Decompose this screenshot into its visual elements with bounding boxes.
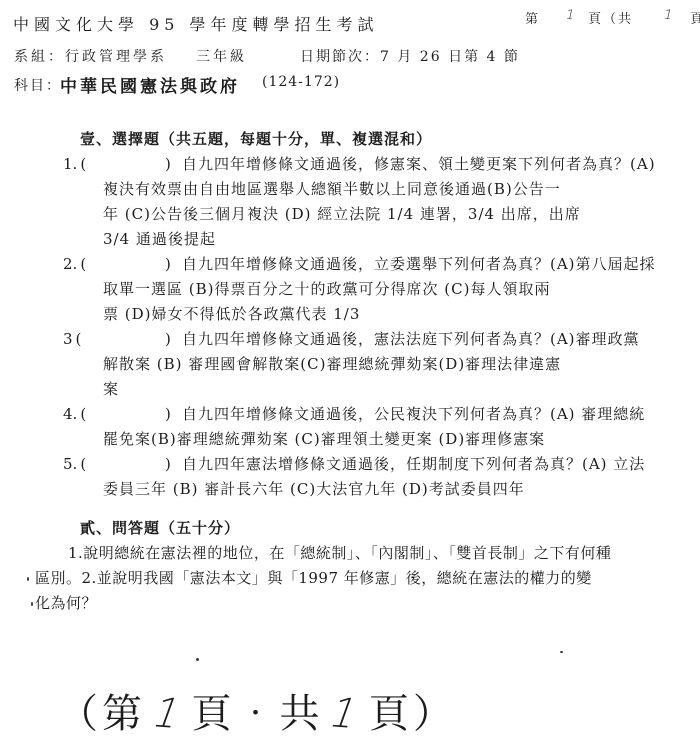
scan-speck xyxy=(196,658,199,661)
subject-name: 中華民國憲法與政府 xyxy=(60,72,240,97)
question-1-number: 1.( xyxy=(63,152,86,177)
answer-blank-close-paren: ) xyxy=(165,252,172,277)
exam-body: 壹、選擇題（共五題，每題十分，單、複選混和） 1.( ) 自九四年增修條文通過後… xyxy=(0,127,700,616)
handwritten-footer-total-pages: 1 xyxy=(324,690,369,738)
page-number-field: 第 1 頁（共 1 頁 xyxy=(518,8,700,30)
answer-blank-open-paren: ( xyxy=(80,155,86,173)
handwritten-total-pages: 1 xyxy=(662,8,676,24)
exam-paper-page: 中國文化大學 95 學年度轉學招生考試 第 1 頁（共 1 頁 系組：行政管理學… xyxy=(0,0,700,740)
page-field-prefix: 第 xyxy=(525,8,540,27)
question-5-number: 5.( xyxy=(63,452,86,477)
question-2-text: 自九四年增修條文通過後，立委選舉下列何者為真？(A)第八屆起採 取單一選區 (B… xyxy=(103,252,671,327)
footer-page-indicator: （第1頁‧共1頁） xyxy=(58,682,457,739)
date-session-label: 日期節次：7 月 26 日第 4 節 xyxy=(300,46,520,66)
department-row: 系組：行政管理學系 三年級 日期節次：7 月 26 日第 4 節 xyxy=(14,46,694,68)
question-3-text: 自九四年增修條文通過後，憲法法庭下列何者為真？(A)審理政黨 解散案 (B) 審… xyxy=(103,327,671,402)
subject-code: (124-172) xyxy=(262,74,340,90)
grade-label: 三年級 xyxy=(196,46,247,66)
question-4: 4.( ) 自九四年增修條文通過後，公民複決下列何者為真？(A) 審理總統 罷免… xyxy=(103,402,671,452)
subject-row: 科目： 中華民國憲法與政府 (124-172) xyxy=(14,70,694,96)
footer-close: 頁） xyxy=(369,691,457,737)
answer-blank-open-paren: ( xyxy=(80,255,86,273)
page-field-middle: 頁（共 xyxy=(588,8,633,27)
question-4-number: 4.( xyxy=(63,402,86,427)
handwritten-page-number: 1 xyxy=(564,8,578,24)
answer-blank-open-paren: ( xyxy=(80,455,86,473)
answer-blank-close-paren: ) xyxy=(165,152,172,177)
scan-speck xyxy=(560,651,563,653)
question-1: 1.( ) 自九四年增修條文通過後，修憲案、領土變更案下列何者為真？(A) 複決… xyxy=(103,152,671,252)
footer-open: （第 xyxy=(58,691,146,737)
answer-blank-close-paren: ) xyxy=(165,402,172,427)
answer-blank-close-paren: ) xyxy=(165,452,172,477)
section-b-heading: 貳、問答題（五十分） xyxy=(80,516,700,541)
page-field-suffix: 頁 xyxy=(690,8,700,27)
question-5-text: 自九四年憲法增修條文通過後，任期制度下列何者為真？(A) 立法 委員三年 (B)… xyxy=(103,452,671,502)
exam-title: 中國文化大學 95 學年度轉學招生考試 xyxy=(13,12,379,35)
handwritten-footer-page-number: 1 xyxy=(146,690,191,738)
answer-blank-close-paren: ) xyxy=(165,327,172,352)
answer-blank-open-paren: ( xyxy=(80,405,86,423)
question-5: 5.( ) 自九四年憲法增修條文通過後，任期制度下列何者為真？(A) 立法 委員… xyxy=(103,452,671,502)
footer-middle: 頁‧共 xyxy=(191,691,323,737)
question-1-text: 自九四年增修條文通過後，修憲案、領土變更案下列何者為真？(A) 複決有效票由自由… xyxy=(103,152,671,252)
question-4-text: 自九四年增修條文通過後，公民複決下列何者為真？(A) 審理總統 罷免案(B)審理… xyxy=(103,402,671,452)
department-label: 系組：行政管理學系 xyxy=(14,46,167,66)
question-2-number: 2.( xyxy=(63,252,86,277)
essay-question-text: 1.說明總統在憲法裡的地位，在「總統制」、「內閣制」、「雙首長制」之下有何種 區… xyxy=(35,541,655,616)
section-a-heading: 壹、選擇題（共五題，每題十分，單、複選混和） xyxy=(80,127,700,152)
question-3: 3( ) 自九四年增修條文通過後，憲法法庭下列何者為真？(A)審理政黨 解散案 … xyxy=(103,327,671,402)
question-3-number: 3( xyxy=(63,327,81,352)
answer-blank-open-paren: ( xyxy=(76,330,82,348)
scan-speck xyxy=(27,577,29,581)
subject-field-label: 科目： xyxy=(14,75,62,95)
question-2: 2.( ) 自九四年增修條文通過後，立委選舉下列何者為真？(A)第八屆起採 取單… xyxy=(103,252,671,327)
scan-speck xyxy=(31,602,33,606)
